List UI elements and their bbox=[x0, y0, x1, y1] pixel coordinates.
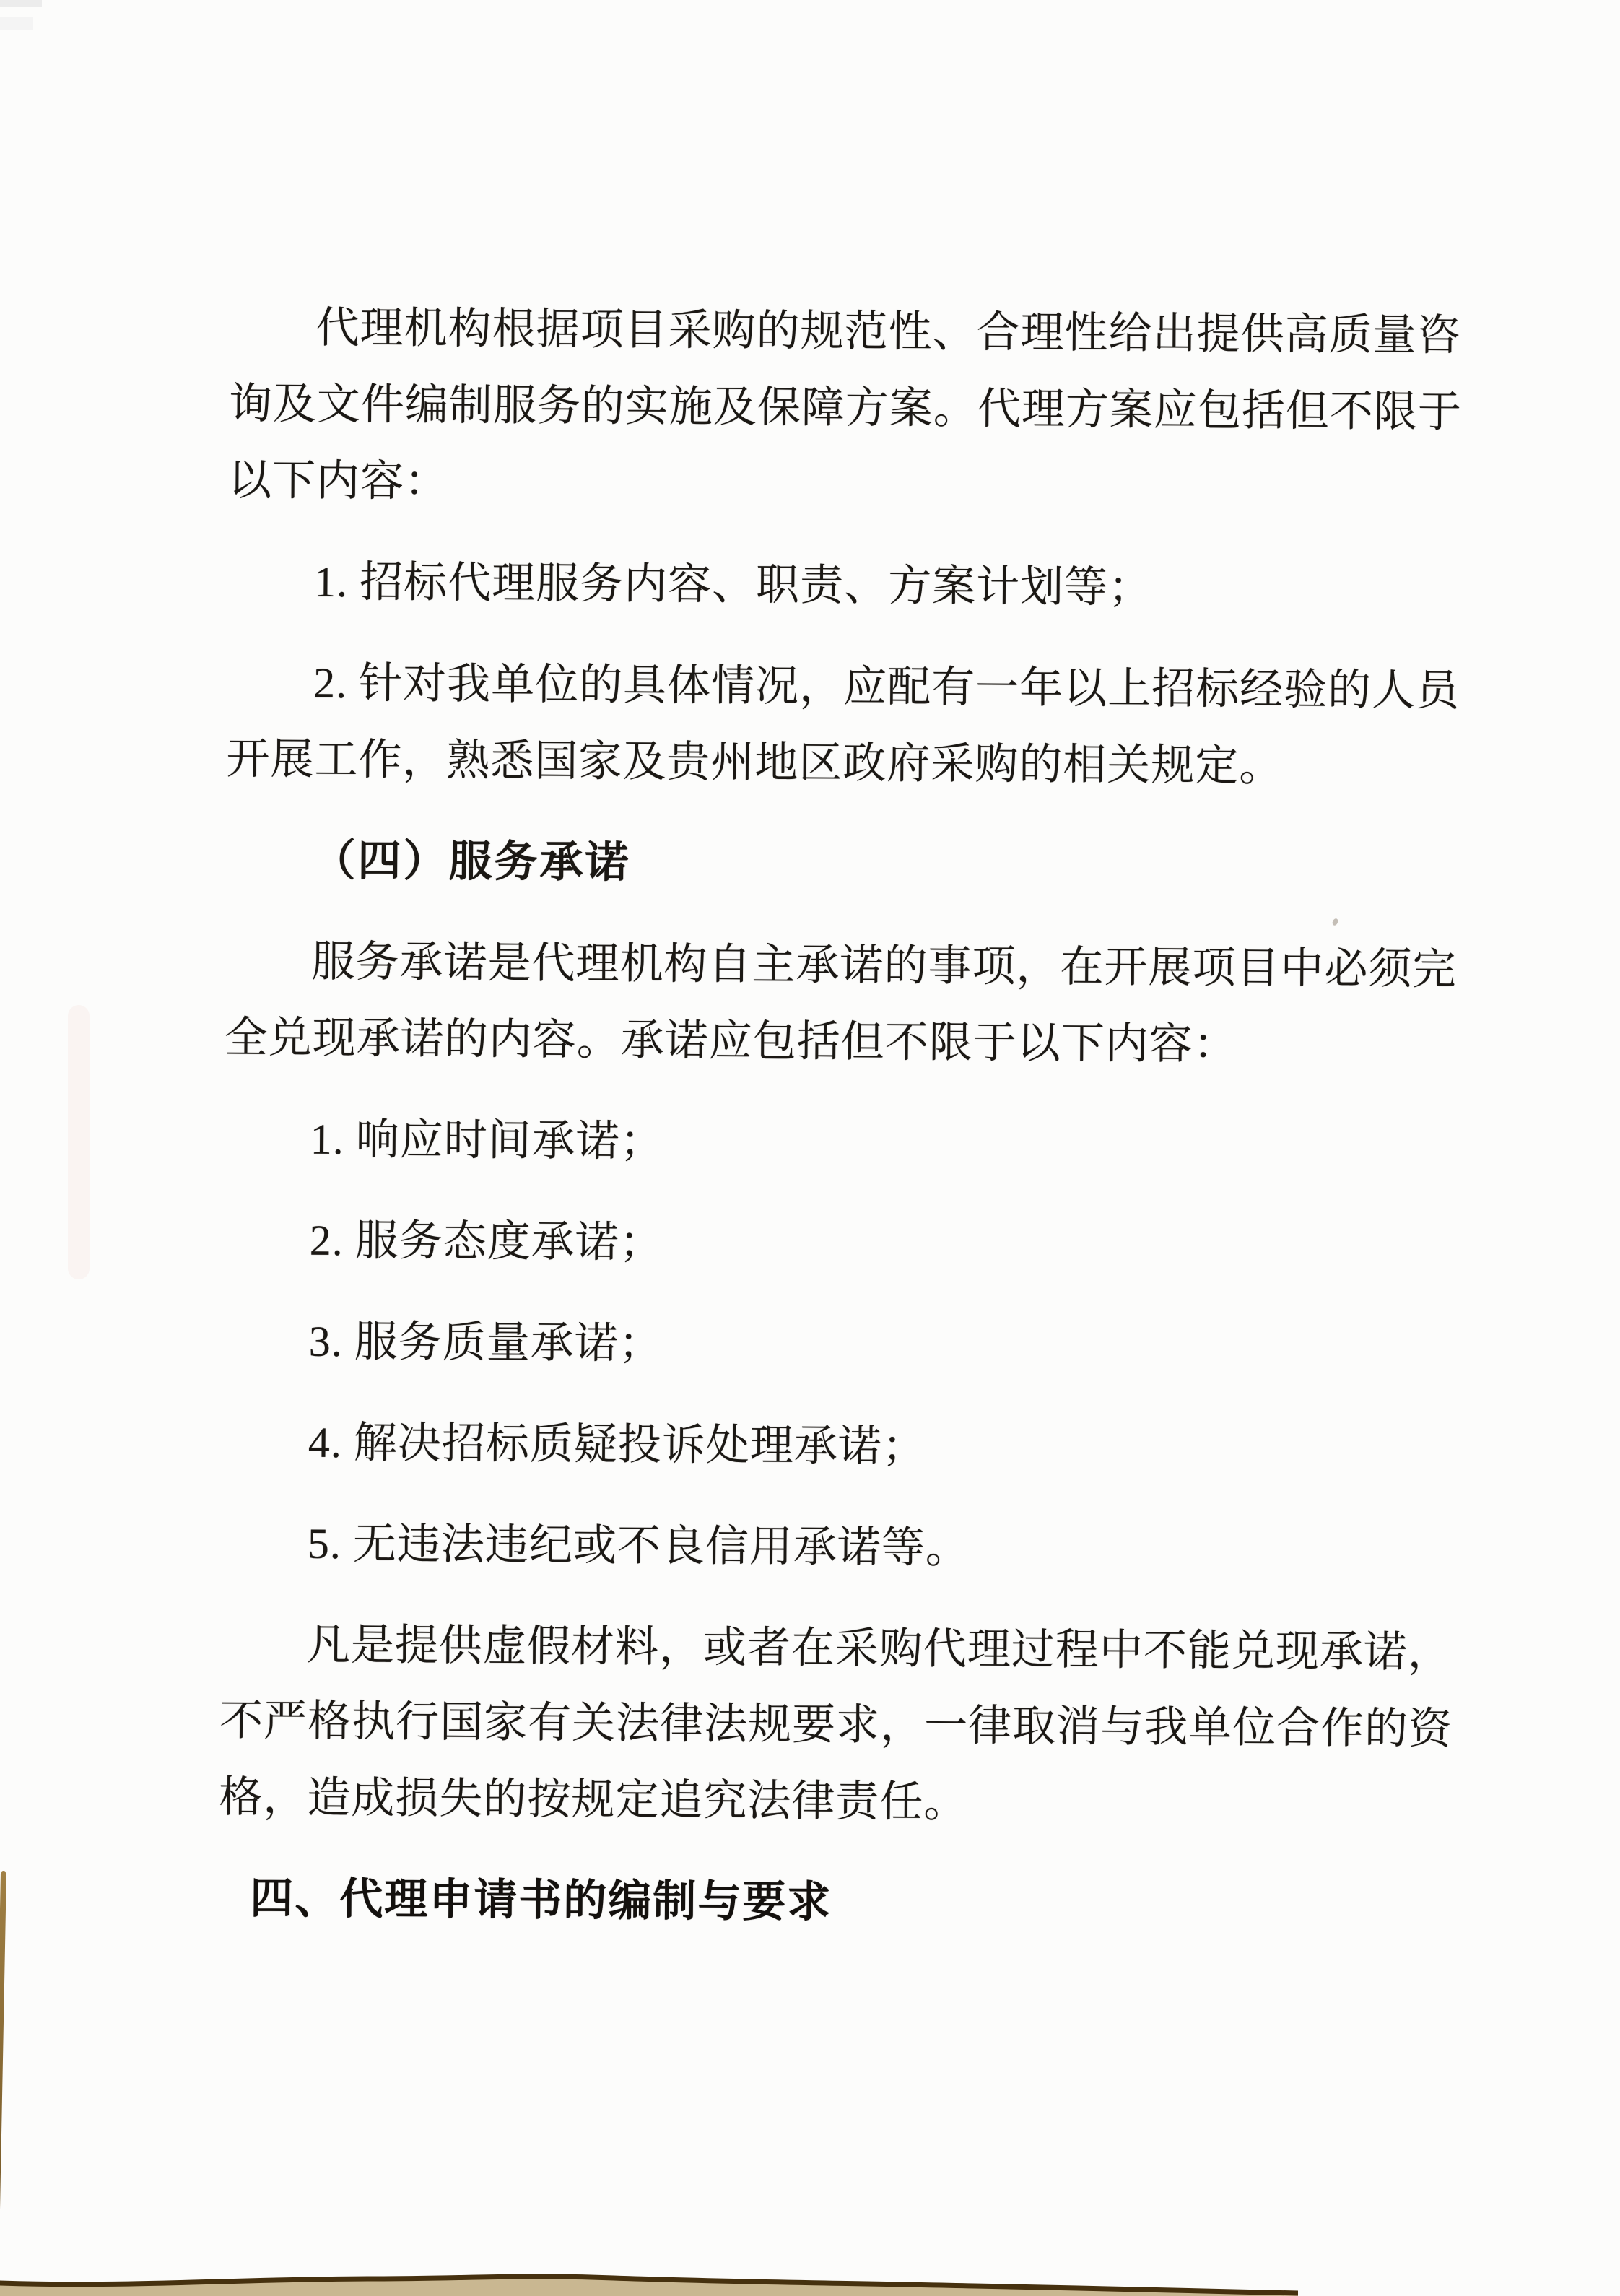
body-paragraph: 服务承诺是代理机构自主承诺的事项，在开展项目中必须完全兑现承诺的内容。承诺应包括… bbox=[0, 921, 1616, 1086]
body-paragraph: 代理机构根据项目采购的规范性、合理性给出提供高质量咨询及文件编制服务的实施及保障… bbox=[0, 287, 1620, 529]
scan-artifact-mark bbox=[0, 17, 33, 30]
text-line: （四）服务承诺 bbox=[0, 820, 1616, 908]
scan-page-edge-bottom bbox=[0, 2271, 1298, 2296]
body-paragraph: 2. 服务态度承诺； bbox=[0, 1200, 1614, 1288]
text-line: 5. 无违法违纪或不良信用承诺等。 bbox=[0, 1503, 1611, 1591]
text-line: 代理机构根据项目采购的规范性、合理性给出提供高质量咨 bbox=[0, 287, 1620, 375]
text-line: 2. 针对我单位的具体情况，应配有一年以上招标经验的人员 bbox=[0, 643, 1618, 731]
text-line: 以下内容： bbox=[0, 440, 1619, 529]
heading-agency-application: 四、代理申请书的编制与要求 bbox=[0, 1858, 1609, 1947]
scan-artifact-mark bbox=[0, 0, 42, 7]
text-line: 不严格执行国家有关法律法规要求，一律取消与我单位合作的资 bbox=[0, 1681, 1610, 1769]
body-paragraph: 5. 无违法违纪或不良信用承诺等。 bbox=[0, 1503, 1611, 1591]
text-line: 1. 招标代理服务内容、职责、方案计划等； bbox=[0, 542, 1618, 630]
body-paragraph: 4. 解决招标质疑投诉处理承诺； bbox=[0, 1402, 1612, 1490]
text-line: 全兑现承诺的内容。承诺应包括但不限于以下内容： bbox=[0, 998, 1615, 1086]
text-line: 凡是提供虚假材料，或者在采购代理过程中不能兑现承诺， bbox=[0, 1604, 1611, 1692]
text-line: 3. 服务质量承诺； bbox=[0, 1301, 1613, 1389]
text-line: 询及文件编制服务的实施及保障方案。代理方案应包括但不限于 bbox=[0, 364, 1619, 452]
body-paragraph: 2. 针对我单位的具体情况，应配有一年以上招标经验的人员开展工作，熟悉国家及贵州… bbox=[0, 643, 1618, 807]
body-paragraph: 3. 服务质量承诺； bbox=[0, 1301, 1613, 1389]
text-line: 2. 服务态度承诺； bbox=[0, 1200, 1614, 1288]
scanned-document-page: 代理机构根据项目采购的规范性、合理性给出提供高质量咨询及文件编制服务的实施及保障… bbox=[0, 0, 1620, 2296]
text-line: 1. 响应时间承诺； bbox=[0, 1099, 1614, 1187]
text-line: 开展工作，熟悉国家及贵州地区政府采购的相关规定。 bbox=[0, 719, 1617, 807]
text-line: 4. 解决招标质疑投诉处理承诺； bbox=[0, 1402, 1612, 1490]
body-paragraph: 1. 响应时间承诺； bbox=[0, 1099, 1614, 1187]
body-paragraph: 1. 招标代理服务内容、职责、方案计划等； bbox=[0, 542, 1618, 630]
text-line: 服务承诺是代理机构自主承诺的事项，在开展项目中必须完 bbox=[0, 921, 1616, 1009]
body-paragraph: 凡是提供虚假材料，或者在采购代理过程中不能兑现承诺，不严格执行国家有关法律法规要… bbox=[0, 1604, 1611, 1845]
page-edge-graphic bbox=[0, 2271, 1298, 2296]
text-line: 四、代理申请书的编制与要求 bbox=[0, 1858, 1609, 1947]
document-body: 代理机构根据项目采购的规范性、合理性给出提供高质量咨询及文件编制服务的实施及保障… bbox=[0, 287, 1620, 1971]
text-line: 格，造成损失的按规定追究法律责任。 bbox=[0, 1757, 1610, 1845]
heading-service-commitment: （四）服务承诺 bbox=[0, 820, 1616, 908]
